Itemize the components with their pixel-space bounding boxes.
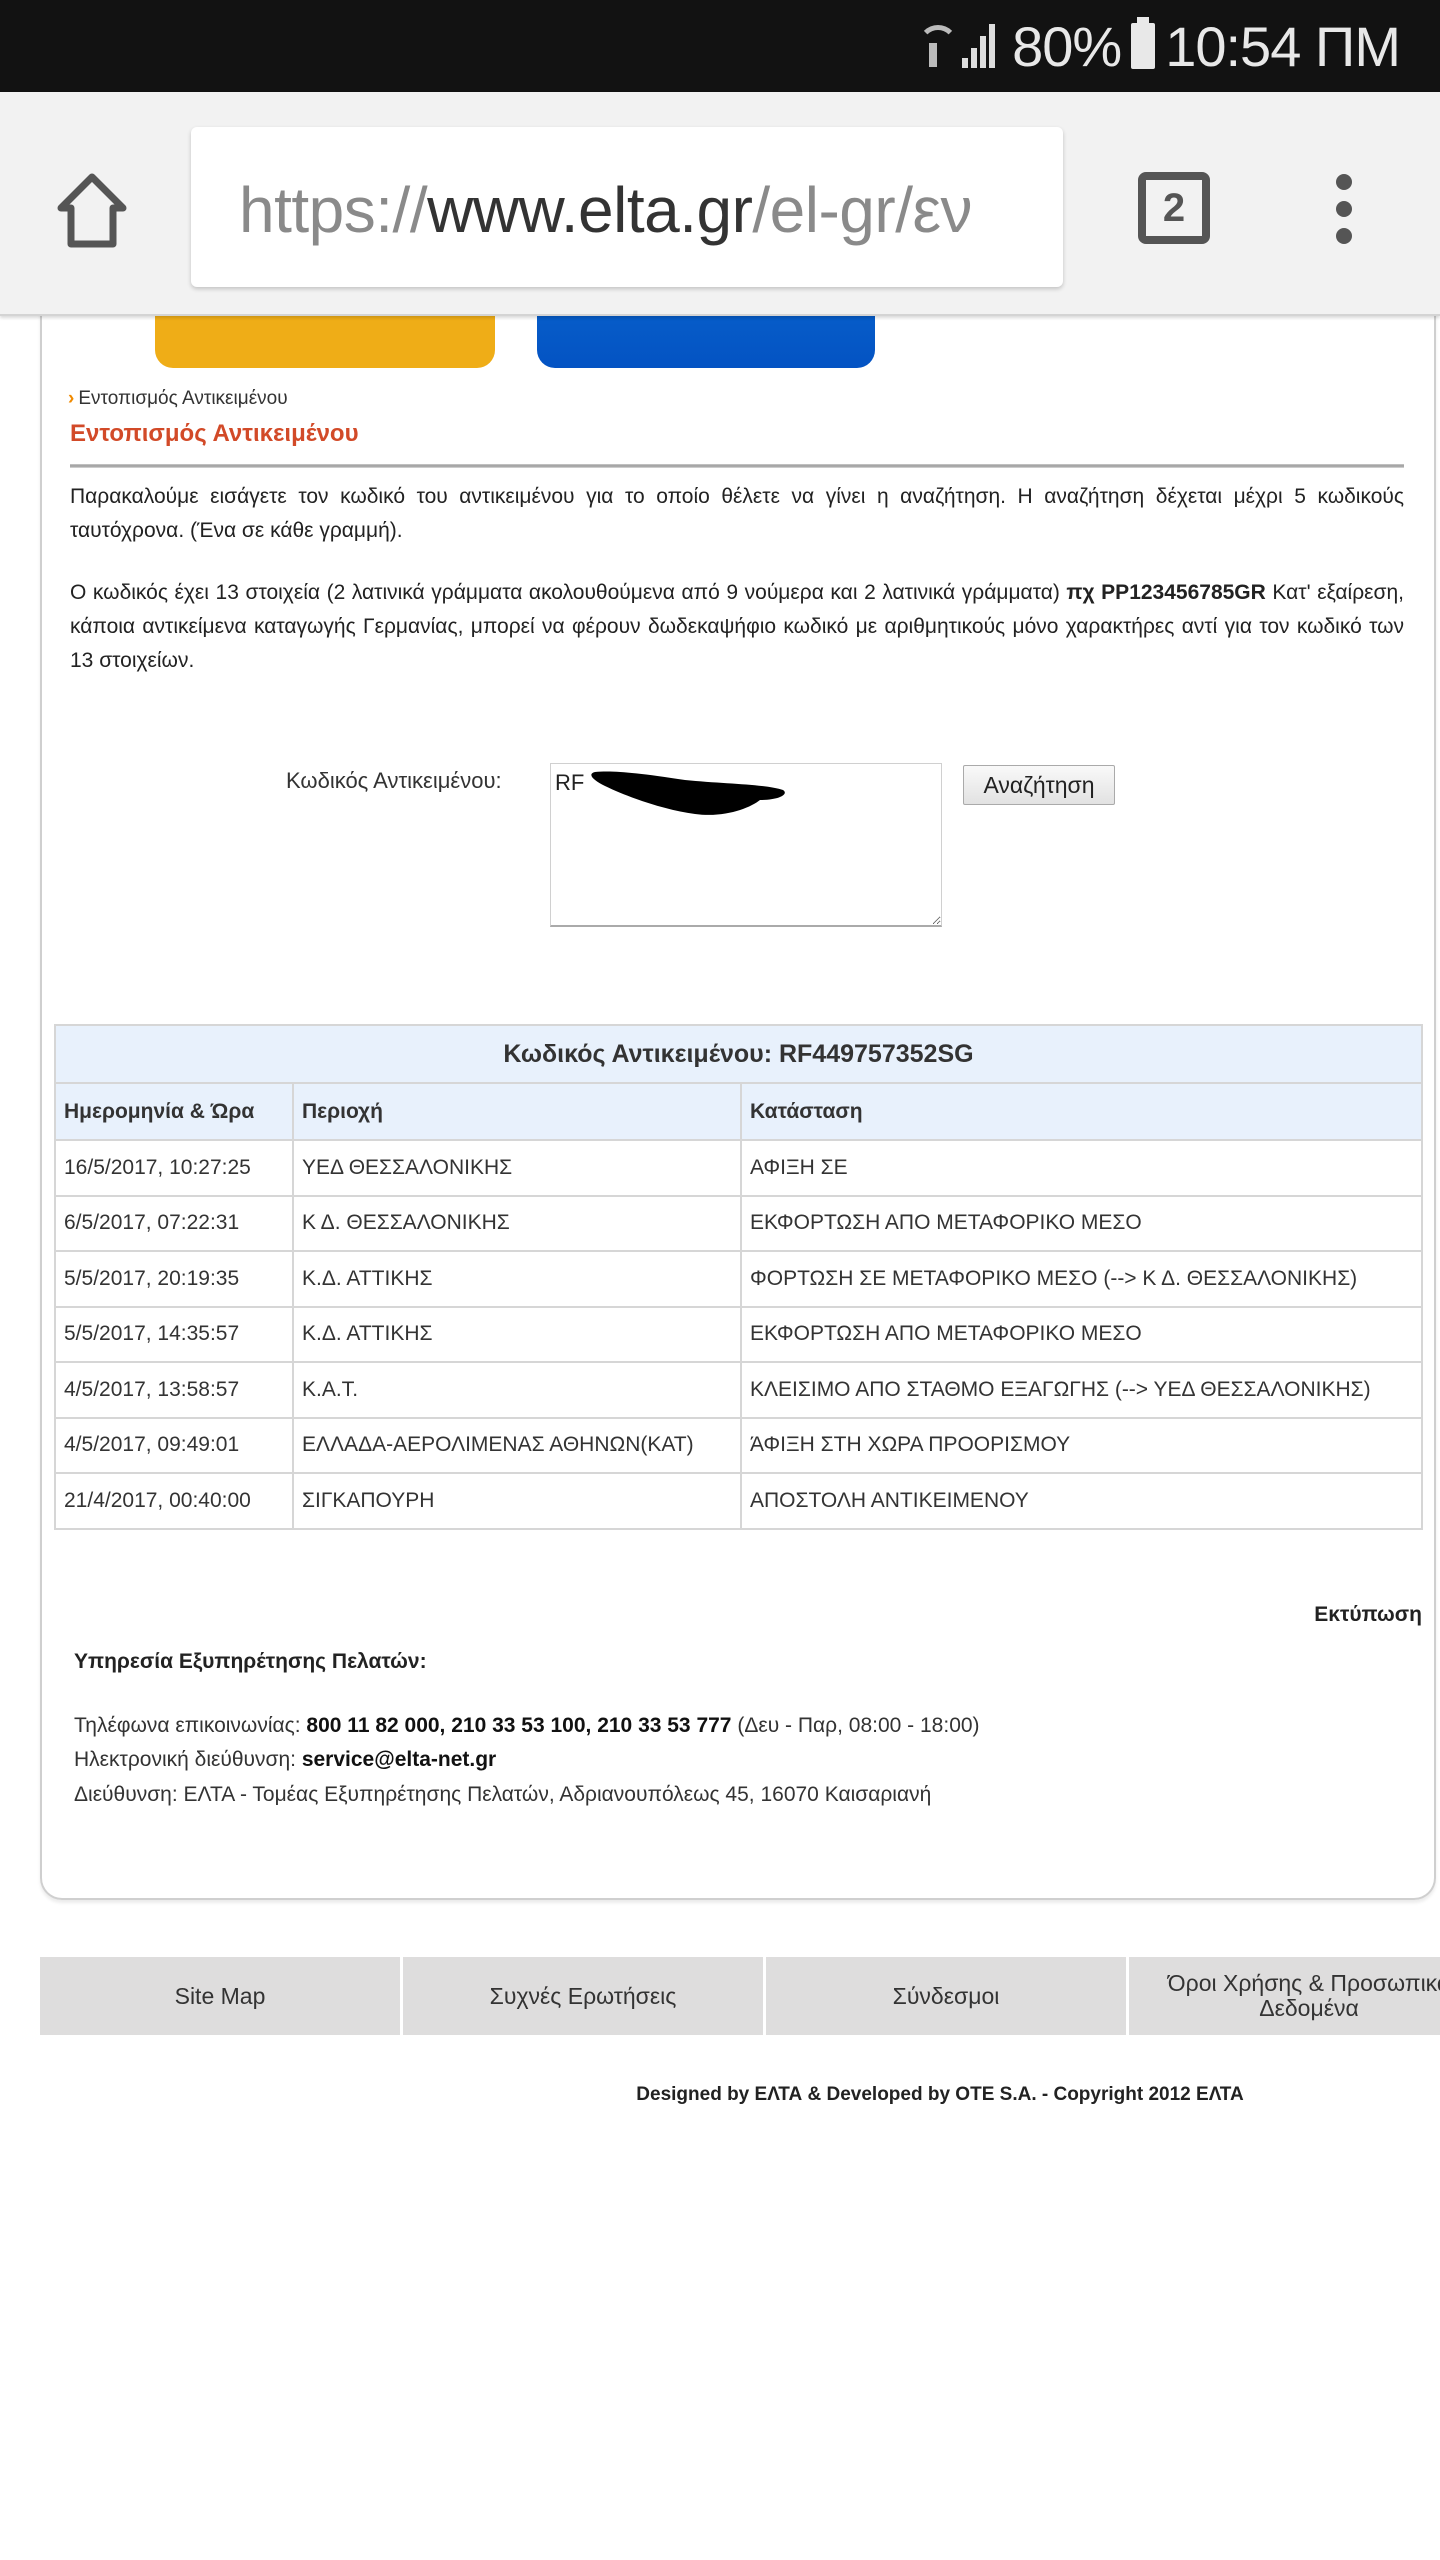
- phone-numbers: 800 11 82 000, 210 33 53 100, 210 33 53 …: [306, 1714, 731, 1737]
- cell-area: Κ.Α.Τ.: [293, 1362, 741, 1418]
- cell-datetime: 16/5/2017, 10:27:25: [55, 1140, 293, 1196]
- cell-datetime: 4/5/2017, 09:49:01: [55, 1418, 293, 1474]
- cell-status: ΑΠΟΣΤΟΛΗ ΑΝΤΙΚΕΙΜΕΝΟΥ: [741, 1473, 1422, 1529]
- service-hours: (Δευ - Παρ, 08:00 - 18:00): [732, 1714, 980, 1737]
- copyright: Designed by ΕΛΤΑ & Developed by OTE S.A.…: [0, 2084, 1440, 2106]
- clock: 10:54 ΠΜ: [1165, 14, 1400, 79]
- code-format-paragraph: Ο κωδικός έχει 13 στοιχεία (2 λατινικά γ…: [70, 576, 1404, 678]
- footer-link-sitemap[interactable]: Site Map: [40, 1957, 400, 2035]
- code-example: πχ PP123456785GR: [1066, 581, 1265, 604]
- terms-line2: Δεδομένα: [1259, 1996, 1359, 2021]
- code-format-text: Ο κωδικός έχει 13 στοιχεία (2 λατινικά γ…: [70, 581, 1066, 604]
- email-label: Ηλεκτρονική διεύθυνση:: [74, 1748, 302, 1771]
- email-line: Ηλεκτρονική διεύθυνση: service@elta-net.…: [74, 1748, 496, 1772]
- cell-area: ΥΕΔ ΘΕΣΣΑΛΟΝΙΚΗΣ: [293, 1140, 741, 1196]
- table-row: 4/5/2017, 09:49:01ΕΛΛΑΔΑ-ΑΕΡΟΛΙΜΕΝΑΣ ΑΘΗ…: [55, 1418, 1422, 1474]
- cell-datetime: 6/5/2017, 07:22:31: [55, 1196, 293, 1252]
- url-scheme: https://: [239, 174, 427, 246]
- footer-link-links[interactable]: Σύνδεσμοι: [766, 1957, 1126, 2035]
- status-bar: 80% 10:54 ΠΜ: [0, 0, 1440, 92]
- wifi-icon: [916, 21, 952, 71]
- terms-line1: Όροι Χρήσης & Προσωπικά: [1168, 1971, 1440, 1996]
- cell-datetime: 21/4/2017, 00:40:00: [55, 1473, 293, 1529]
- chevron-right-icon: ›: [68, 388, 74, 409]
- browser-toolbar: https://www.elta.gr/el-gr/εν 2: [0, 92, 1440, 316]
- customer-service-title: Υπηρεσία Εξυπηρέτησης Πελατών:: [74, 1650, 427, 1674]
- address-line: Διεύθυνση: ΕΛΤΑ - Τομέας Εξυπηρέτησης Πε…: [74, 1783, 931, 1807]
- table-row: 5/5/2017, 14:35:57Κ.Δ. ΑΤΤΙΚΗΣΕΚΦΟΡΤΩΣΗ …: [55, 1307, 1422, 1363]
- cell-datetime: 5/5/2017, 20:19:35: [55, 1251, 293, 1307]
- results-caption: Κωδικός Αντικειμένου: RF449757352SG: [55, 1025, 1422, 1083]
- cell-area: Κ Δ. ΘΕΣΣΑΛΟΝΙΚΗΣ: [293, 1196, 741, 1252]
- cell-status: ΆΦΙΞΗ ΣΤΗ ΧΩΡΑ ΠΡΟΟΡΙΣΜΟΥ: [741, 1418, 1422, 1474]
- cell-status: ΑΦΙΞΗ ΣΕ: [741, 1140, 1422, 1196]
- cell-area: ΣΙΓΚΑΠΟΥΡΗ: [293, 1473, 741, 1529]
- header-datetime: Ημερομηνία & Ώρα: [55, 1083, 293, 1140]
- cell-status: ΚΛΕΙΣΙΜΟ ΑΠΟ ΣΤΑΘΜΟ ΕΞΑΓΩΓΗΣ (--> ΥΕΔ ΘΕ…: [741, 1362, 1422, 1418]
- footer-link-terms[interactable]: Όροι Χρήσης & ΠροσωπικάΔεδομένα: [1129, 1957, 1440, 2035]
- home-icon[interactable]: [55, 172, 129, 250]
- signal-icon: [962, 24, 1002, 68]
- title-divider: [70, 464, 1404, 468]
- table-row: 4/5/2017, 13:58:57Κ.Α.Τ.ΚΛΕΙΣΙΜΟ ΑΠΟ ΣΤΑ…: [55, 1362, 1422, 1418]
- cell-status: ΦΟΡΤΩΣΗ ΣΕ ΜΕΤΑΦΟΡΙΚΟ ΜΕΣΟ (--> Κ Δ. ΘΕΣ…: [741, 1251, 1422, 1307]
- footer-link-faq[interactable]: Συχνές Ερωτήσεις: [403, 1957, 763, 2035]
- table-row: 6/5/2017, 07:22:31Κ Δ. ΘΕΣΣΑΛΟΝΙΚΗΣΕΚΦΟΡ…: [55, 1196, 1422, 1252]
- table-row: 21/4/2017, 00:40:00ΣΙΓΚΑΠΟΥΡΗΑΠΟΣΤΟΛΗ ΑΝ…: [55, 1473, 1422, 1529]
- url-path: /el-gr/εν: [752, 174, 972, 246]
- page-title: Εντοπισμός Αντικειμένου: [70, 420, 359, 448]
- overflow-menu-icon[interactable]: [1336, 174, 1352, 244]
- url-bar[interactable]: https://www.elta.gr/el-gr/εν: [191, 127, 1063, 287]
- footer-nav: Site Map Συχνές Ερωτήσεις Σύνδεσμοι Όροι…: [40, 1957, 1440, 2035]
- phones-label: Τηλέφωνα επικοινωνίας:: [74, 1714, 306, 1737]
- breadcrumb-item[interactable]: Εντοπισμός Αντικειμένου: [78, 388, 287, 409]
- cell-datetime: 5/5/2017, 14:35:57: [55, 1307, 293, 1363]
- search-button[interactable]: Αναζήτηση: [963, 765, 1115, 805]
- breadcrumb: ›Εντοπισμός Αντικειμένου: [68, 388, 288, 410]
- print-link[interactable]: Εκτύπωση: [1314, 1603, 1422, 1627]
- cell-area: Κ.Δ. ΑΤΤΙΚΗΣ: [293, 1307, 741, 1363]
- table-row: 5/5/2017, 20:19:35Κ.Δ. ΑΤΤΙΚΗΣΦΟΡΤΩΣΗ ΣΕ…: [55, 1251, 1422, 1307]
- cell-area: ΕΛΛΑΔΑ-ΑΕΡΟΛΙΜΕΝΑΣ ΑΘΗΝΩΝ(ΚΑΤ): [293, 1418, 741, 1474]
- battery-icon: [1131, 23, 1155, 69]
- cell-area: Κ.Δ. ΑΤΤΙΚΗΣ: [293, 1251, 741, 1307]
- cell-datetime: 4/5/2017, 13:58:57: [55, 1362, 293, 1418]
- tab-switcher-button[interactable]: 2: [1138, 172, 1210, 244]
- table-row: 16/5/2017, 10:27:25ΥΕΔ ΘΕΣΣΑΛΟΝΙΚΗΣΑΦΙΞΗ…: [55, 1140, 1422, 1196]
- tracking-results-table: Κωδικός Αντικειμένου: RF449757352SG Ημερ…: [54, 1024, 1423, 1530]
- redaction-scribble: [575, 768, 795, 828]
- cell-status: ΕΚΦΟΡΤΩΣΗ ΑΠΟ ΜΕΤΑΦΟΡΙΚΟ ΜΕΣΟ: [741, 1307, 1422, 1363]
- phones-line: Τηλέφωνα επικοινωνίας: 800 11 82 000, 21…: [74, 1714, 980, 1738]
- cell-status: ΕΚΦΟΡΤΩΣΗ ΑΠΟ ΜΕΤΑΦΟΡΙΚΟ ΜΕΣΟ: [741, 1196, 1422, 1252]
- header-status: Κατάσταση: [741, 1083, 1422, 1140]
- email-link[interactable]: service@elta-net.gr: [302, 1748, 496, 1771]
- code-label: Κωδικός Αντικειμένου:: [286, 768, 502, 794]
- url-domain: www.elta.gr: [427, 174, 752, 246]
- battery-percent: 80%: [1012, 14, 1121, 79]
- header-area: Περιοχή: [293, 1083, 741, 1140]
- instructions-paragraph: Παρακαλούμε εισάγετε τον κωδικό του αντι…: [70, 480, 1404, 548]
